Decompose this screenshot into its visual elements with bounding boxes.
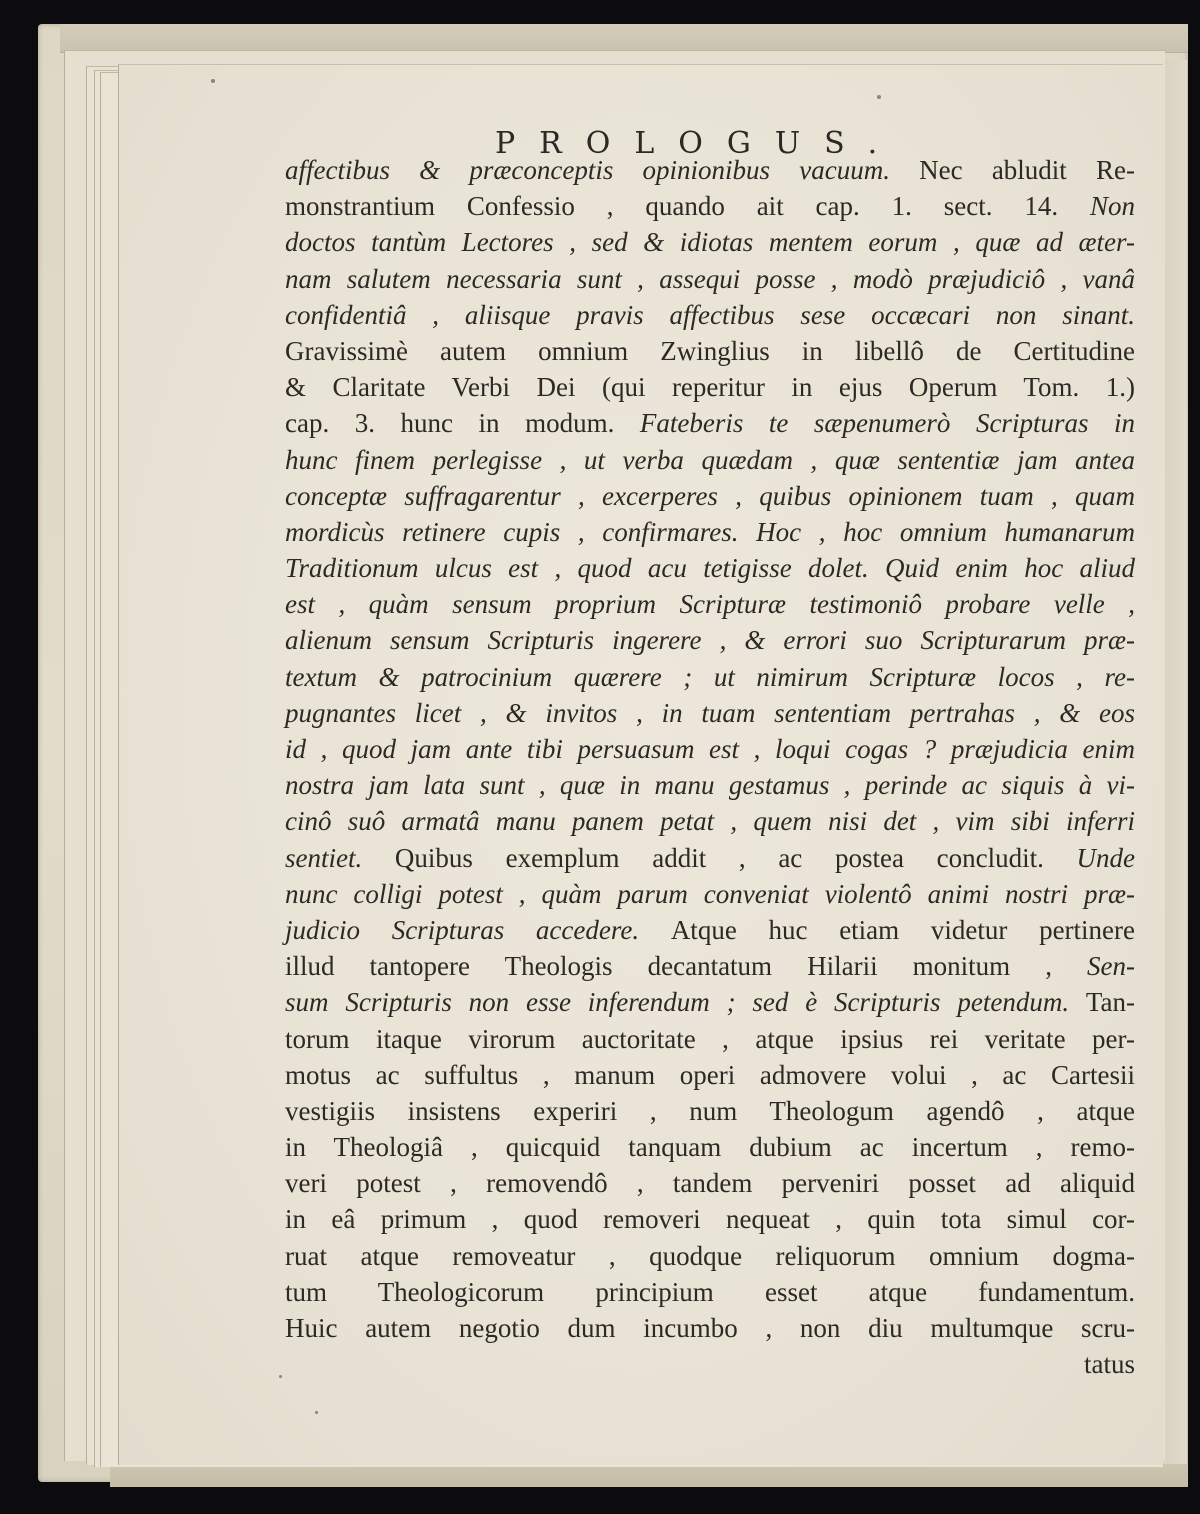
text-line: judicio Scripturas accedere. Atque huc e… xyxy=(285,912,1135,948)
text-line: vestigiis insistens experiri , num Theol… xyxy=(285,1093,1135,1129)
italic-segment: judicio Scripturas accedere. xyxy=(285,915,671,945)
text-line: conceptæ suffragarentur , excerperes , q… xyxy=(285,478,1135,514)
text-line: hunc finem perlegisse , ut verba quædam … xyxy=(285,442,1135,478)
italic-segment: sentiet. xyxy=(285,843,395,873)
italic-segment: affectibus & præconceptis opinionibus va… xyxy=(285,155,919,185)
facing-page-edge xyxy=(1162,60,1187,1464)
italic-segment: Non xyxy=(1090,191,1135,221)
italic-segment: Fateberis te sæpenumerò Scripturas in xyxy=(640,408,1135,438)
text-line: nostra jam lata sunt , quæ in manu gesta… xyxy=(285,767,1135,803)
text-line: motus ac suffultus , manum operi admover… xyxy=(285,1057,1135,1093)
text-line: id , quod jam ante tibi persuasum est , … xyxy=(285,731,1135,767)
roman-segment: motus ac suffultus , manum operi admover… xyxy=(285,1060,1135,1090)
cover-top-fold xyxy=(60,24,1188,53)
roman-segment: tum Theologicorum principium esset atque… xyxy=(285,1277,1135,1307)
text-line: in eâ primum , quod removeri nequeat , q… xyxy=(285,1201,1135,1237)
text-line: monstrantium Confessio , quando ait cap.… xyxy=(285,188,1135,224)
text-line: doctos tantùm Lectores , sed & idiotas m… xyxy=(285,224,1135,260)
italic-segment: cinô suô armatâ manu panem petat , quem … xyxy=(285,806,1135,836)
italic-segment: hunc finem perlegisse , ut verba quædam … xyxy=(285,445,1135,475)
text-line: Traditionum ulcus est , quod acu tetigis… xyxy=(285,550,1135,586)
roman-segment: vestigiis insistens experiri , num Theol… xyxy=(285,1096,1135,1126)
italic-segment: conceptæ suffragarentur , excerperes , q… xyxy=(285,481,1135,511)
text-line: cap. 3. hunc in modum. Fateberis te sæpe… xyxy=(285,405,1135,441)
text-line: ruat atque removeatur , quodque reliquor… xyxy=(285,1238,1135,1274)
roman-segment: Gravissimè autem omnium Zwinglius in lib… xyxy=(285,336,1135,366)
roman-segment: Atque huc etiam videtur pertinere xyxy=(671,915,1135,945)
text-line: nunc colligi potest , quàm parum conveni… xyxy=(285,876,1135,912)
italic-segment: alienum sensum Scripturis ingerere , & e… xyxy=(285,625,1135,655)
text-line: tum Theologicorum principium esset atque… xyxy=(285,1274,1135,1310)
roman-segment: veri potest , removendô , tandem perveni… xyxy=(285,1168,1135,1198)
text-line: confidentiâ , aliisque pravis affectibus… xyxy=(285,297,1135,333)
roman-segment: Huic autem negotio dum incumbo , non diu… xyxy=(285,1313,1135,1343)
text-line: textum & patrocinium quærere ; ut nimiru… xyxy=(285,659,1135,695)
body-text: affectibus & præconceptis opinionibus va… xyxy=(285,152,1135,1382)
roman-segment: & Claritate Verbi Dei (qui reperitur in … xyxy=(285,372,1135,402)
italic-segment: confidentiâ , aliisque pravis affectibus… xyxy=(285,300,1135,330)
roman-segment: Tan- xyxy=(1086,987,1135,1017)
roman-segment: Nec abludit Re- xyxy=(919,155,1135,185)
text-line: alienum sensum Scripturis ingerere , & e… xyxy=(285,622,1135,658)
text-line: & Claritate Verbi Dei (qui reperitur in … xyxy=(285,369,1135,405)
italic-segment: textum & patrocinium quærere ; ut nimiru… xyxy=(285,662,1135,692)
italic-segment: Traditionum ulcus est , quod acu tetigis… xyxy=(285,553,1135,583)
roman-segment: illud tantopere Theologis decantatum Hil… xyxy=(285,951,1087,981)
scan-background: PROLOGUS. affectibus & præconceptis opin… xyxy=(0,0,1200,1514)
paper-speck xyxy=(279,1375,282,1378)
roman-segment: in Theologiâ , quicquid tanquam dubium a… xyxy=(285,1132,1135,1162)
italic-segment: nostra jam lata sunt , quæ in manu gesta… xyxy=(285,770,1135,800)
paper-speck xyxy=(877,95,881,99)
roman-segment: monstrantium Confessio , quando ait cap.… xyxy=(285,191,1090,221)
text-line: mordicùs retinere cupis , confirmares. H… xyxy=(285,514,1135,550)
italic-segment: doctos tantùm Lectores , sed & idiotas m… xyxy=(285,227,1135,257)
text-line: est , quàm sensum proprium Scripturæ tes… xyxy=(285,586,1135,622)
text-line: pugnantes licet , & invitos , in tuam se… xyxy=(285,695,1135,731)
text-line: sentiet. Quibus exemplum addit , ac post… xyxy=(285,840,1135,876)
roman-segment: Quibus exemplum addit , ac postea conclu… xyxy=(395,843,1077,873)
italic-segment: Sen- xyxy=(1087,951,1135,981)
italic-segment: pugnantes licet , & invitos , in tuam se… xyxy=(285,698,1135,728)
text-line: veri potest , removendô , tandem perveni… xyxy=(285,1165,1135,1201)
roman-segment: cap. 3. hunc in modum. xyxy=(285,408,640,438)
roman-segment: torum itaque virorum auctoritate , atque… xyxy=(285,1024,1135,1054)
paper-speck xyxy=(315,1411,318,1414)
text-line: in Theologiâ , quicquid tanquam dubium a… xyxy=(285,1129,1135,1165)
italic-segment: mordicùs retinere cupis , confirmares. H… xyxy=(285,517,1135,547)
roman-segment: ruat atque removeatur , quodque reliquor… xyxy=(285,1241,1135,1271)
text-line: cinô suô armatâ manu panem petat , quem … xyxy=(285,803,1135,839)
italic-segment: id , quod jam ante tibi persuasum est , … xyxy=(285,734,1135,764)
italic-segment: est , quàm sensum proprium Scripturæ tes… xyxy=(285,589,1135,619)
paper-speck xyxy=(211,79,215,83)
italic-segment: nam salutem necessaria sunt , assequi po… xyxy=(285,264,1135,294)
text-line: illud tantopere Theologis decantatum Hil… xyxy=(285,948,1135,984)
text-line: nam salutem necessaria sunt , assequi po… xyxy=(285,261,1135,297)
italic-segment: sum Scripturis non esse inferendum ; sed… xyxy=(285,987,1086,1017)
text-line: sum Scripturis non esse inferendum ; sed… xyxy=(285,984,1135,1020)
text-line: Huic autem negotio dum incumbo , non diu… xyxy=(285,1310,1135,1346)
text-line: torum itaque virorum auctoritate , atque… xyxy=(285,1021,1135,1057)
text-line: Gravissimè autem omnium Zwinglius in lib… xyxy=(285,333,1135,369)
catchword: tatus xyxy=(285,1346,1135,1382)
roman-segment: in eâ primum , quod removeri nequeat , q… xyxy=(285,1204,1135,1234)
italic-segment: nunc colligi potest , quàm parum conveni… xyxy=(285,879,1135,909)
text-line: affectibus & præconceptis opinionibus va… xyxy=(285,152,1135,188)
italic-segment: Unde xyxy=(1077,843,1135,873)
